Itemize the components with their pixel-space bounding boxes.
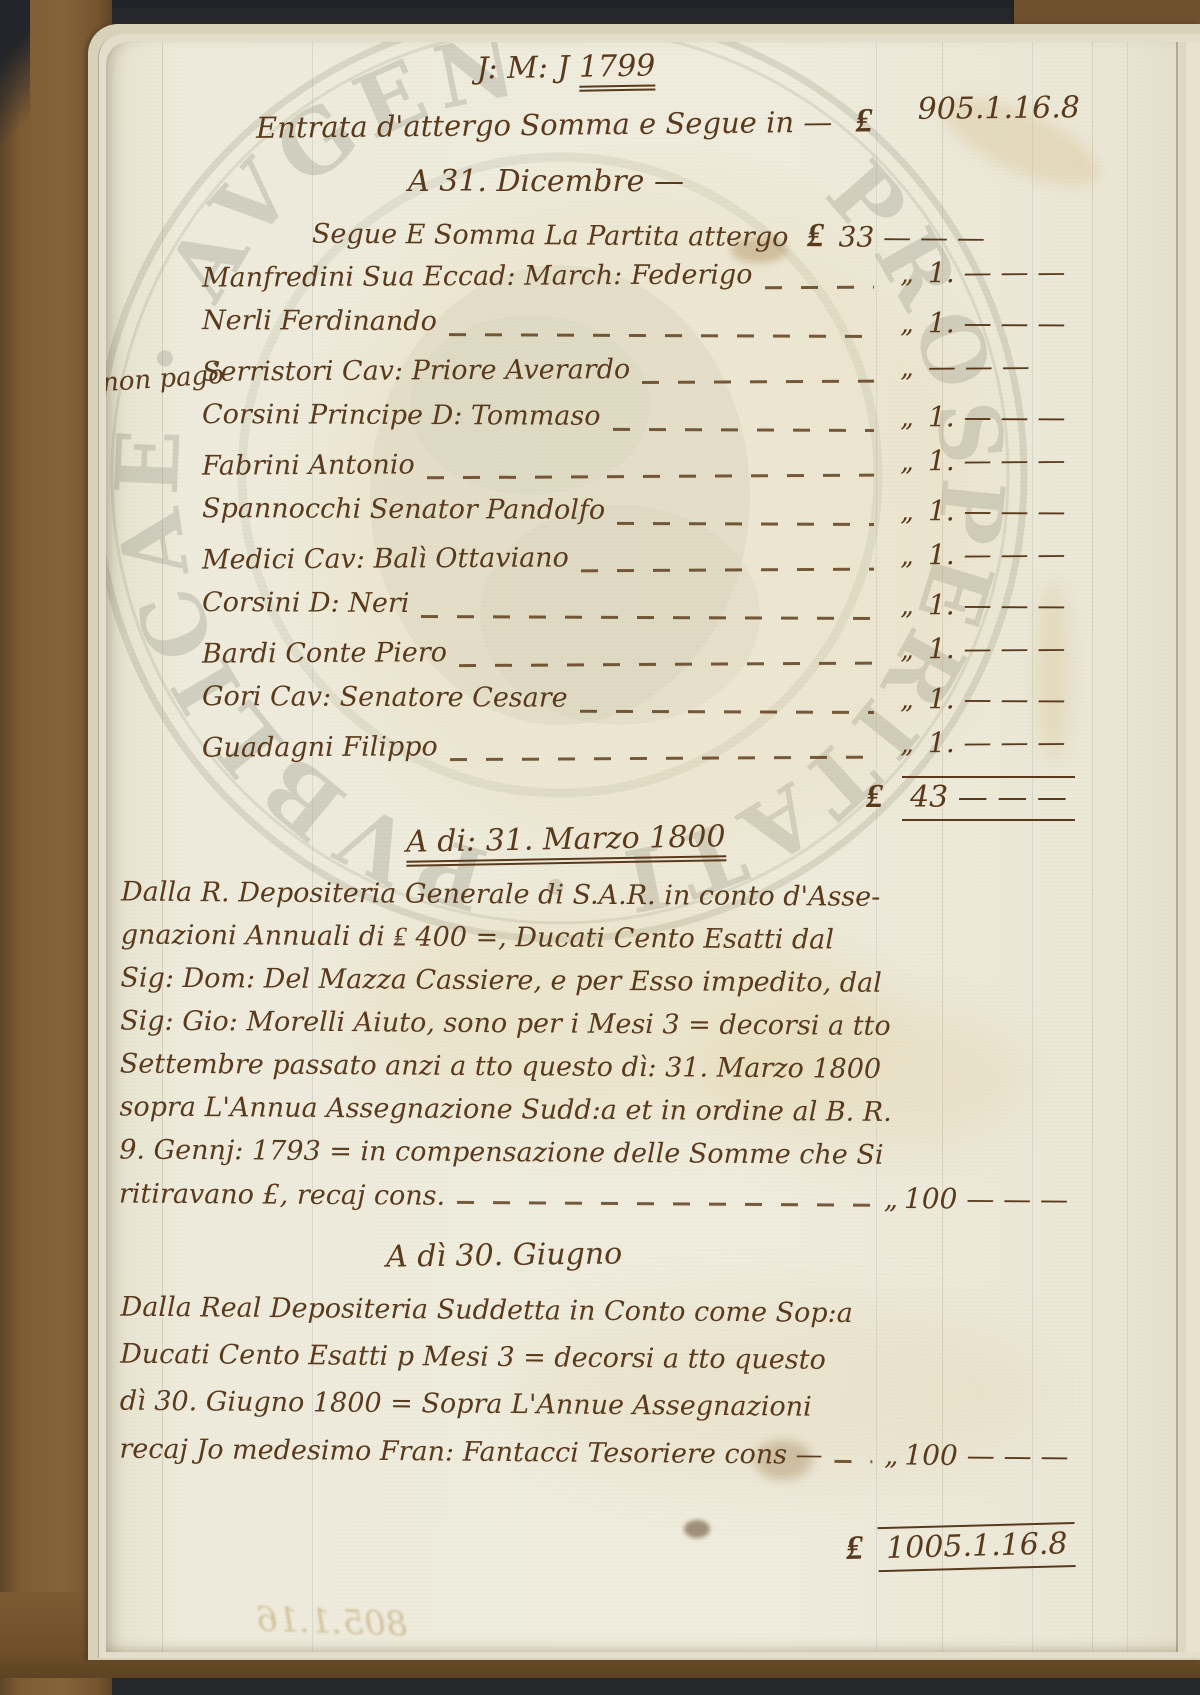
segue-line: Segue E Somma La Partita attergo ₤ 33 — … — [312, 212, 985, 257]
ditto-mark: „ — [886, 353, 928, 383]
segue-amount: 33 — — — — [839, 220, 986, 254]
lira-symbol: ₤ — [855, 100, 872, 140]
march-heading: A di: 31. Marzo 1800 — [406, 819, 726, 860]
ditto-mark: „ — [886, 309, 928, 339]
invocation-line: J: M: J 1799 — [106, 42, 1026, 93]
ink-blot — [684, 1520, 710, 1538]
dash-leader — [421, 615, 874, 620]
row-amount: — — — — [928, 349, 1080, 383]
ledger-row: Serristori Cav: Priore Averardo„— — — — [202, 349, 1080, 401]
dash-leader — [580, 710, 874, 714]
row-amount: 1. — — — — [928, 682, 1080, 716]
ledger-row: Corsini D: Neri„1. — — — — [202, 585, 1080, 636]
entry-line-text: recaj Jo medesimo Fran: Fantacci Tesorie… — [119, 1426, 823, 1479]
ledger-row: Guadagni Filippo„1. — — — — [202, 725, 1080, 777]
lira-symbol: ₤ — [866, 776, 883, 816]
entry-line: Sig: Gio: Morelli Aiuto, sono per i Mesi… — [120, 1000, 1120, 1050]
lira-symbol: ₤ — [807, 215, 824, 255]
ditto-mark: „ — [884, 1432, 898, 1479]
dash-leader — [642, 380, 874, 384]
march-entry: Dalla R. Depositeria Generale di S.A.R. … — [119, 871, 1121, 1222]
grand-total: ₤ 1005.1.16.8 — [846, 1522, 1076, 1568]
ditto-mark: „ — [886, 497, 928, 527]
ledger-row: Manfredini Sua Eccad: March: Federigo„1.… — [202, 255, 1080, 307]
june-amount: 100 — — — — [904, 1431, 1119, 1480]
ditto-mark: „ — [886, 591, 928, 621]
ditto-mark: „ — [886, 635, 928, 665]
entry-line: sopra L'Annua Assegnazione Sudd:a et in … — [119, 1086, 1119, 1136]
entry-line-text: ritiravano £, recaj cons. — [119, 1173, 446, 1218]
ledger-row: Corsini Principe D: Tommaso„1. — — — — [202, 397, 1080, 448]
show-through-ghost-text: 805.1.16 — [255, 1599, 408, 1644]
ledger-row: Gori Cav: Senatore Cesare„1. — — — — [202, 679, 1080, 730]
dash-leader — [612, 428, 873, 432]
june-entry: Dalla Real Depositeria Suddetta in Conto… — [119, 1284, 1121, 1481]
december-total: ₤ 43 — — — — [866, 776, 1075, 816]
column-rule — [1127, 42, 1128, 1652]
dash-leader — [459, 662, 874, 668]
manuscript-page: PROSPERITATI · PVBLICAE · AVGENDAE · PRO… — [106, 42, 1200, 1652]
row-amount: 1. — — — — [928, 494, 1080, 528]
row-amount: 1. — — — — [928, 725, 1080, 759]
ditto-mark: „ — [886, 447, 928, 477]
june-heading: A dì 30. Giugno — [386, 1236, 623, 1274]
entry-line-with-amount: recaj Jo medesimo Fran: Fantacci Tesorie… — [119, 1425, 1119, 1481]
ledger-row: Nerli Ferdinando„1. — — — — [202, 303, 1080, 354]
ditto-mark: „ — [886, 259, 928, 289]
ledger-row: Medici Cav: Balì Ottaviano„1. — — — — [202, 537, 1080, 589]
entry-line: 9. Gennj: 1793 = in compensazione delle … — [119, 1129, 1119, 1179]
lira-symbol: ₤ — [846, 1528, 864, 1568]
entry-line: Sig: Dom: Del Mazza Cassiere, e per Esso… — [120, 957, 1120, 1007]
payer-name: Corsini Principe D: Tommaso — [202, 399, 601, 432]
carryover-amount: 905.1.16.8 — [917, 90, 1080, 127]
payer-name: Spannocchi Senator Pandolfo — [202, 493, 605, 526]
entry-line: gnazioni Annuali di ₤ 400 =, Ducati Cent… — [121, 914, 1121, 964]
ledger-row: Fabrini Antonio„1. — — — — [202, 443, 1080, 495]
scanned-manuscript: { "header": { "monogram": "J: M: J", "ye… — [0, 0, 1200, 1695]
ditto-mark: „ — [886, 685, 928, 715]
ledger-rows: Manfredini Sua Eccad: March: Federigo„1.… — [202, 258, 1080, 775]
dash-leader — [449, 333, 874, 338]
ditto-mark: „ — [884, 1178, 898, 1221]
entry-line: dì 30. Giugno 1800 = Sopra L'Annue Asseg… — [120, 1378, 1120, 1434]
march-heading-text: A di: 31. Marzo 1800 — [406, 819, 726, 867]
row-amount: 1. — — — — [928, 537, 1080, 571]
segue-text: Segue E Somma La Partita attergo — [312, 219, 789, 253]
payer-name: Corsini D: Neri — [202, 587, 410, 619]
row-amount: 1. — — — — [928, 255, 1080, 289]
dash-leader — [617, 522, 874, 526]
payer-name: Bardi Conte Piero — [202, 637, 447, 669]
page-right-edge — [1176, 42, 1200, 1652]
carryover-line: Entrata d'attergo Somma e Segue in — ₤ 9… — [256, 97, 1180, 147]
row-amount: 1. — — — — [928, 306, 1080, 340]
dash-leader — [427, 474, 874, 480]
payer-name: Fabrini Antonio — [202, 449, 415, 481]
ditto-mark: „ — [886, 729, 928, 759]
dash-leader — [457, 1201, 872, 1207]
row-amount: 1. — — — — [928, 400, 1080, 434]
dash-leader — [581, 568, 874, 573]
dash-leader — [450, 756, 874, 762]
december-heading: A 31. Dicembre — — [106, 164, 986, 199]
payer-name: Gori Cav: Senatore Cesare — [202, 681, 568, 714]
ditto-mark: „ — [886, 541, 928, 571]
december-total-amount: 43 — — — — [902, 776, 1075, 821]
row-amount: 1. — — — — [928, 631, 1080, 665]
payer-name: Nerli Ferdinando — [202, 305, 437, 337]
march-amount: 100 — — — — [904, 1177, 1119, 1221]
year: 1799 — [579, 48, 656, 91]
payer-name: Medici Cav: Balì Ottaviano — [202, 542, 569, 575]
ledger-row: Spannocchi Senator Pandolfo„1. — — — — [202, 491, 1080, 542]
ditto-mark: „ — [886, 403, 928, 433]
row-amount: 1. — — — — [928, 443, 1080, 477]
entry-line: Settembre passato anzi a tto questo dì: … — [120, 1043, 1120, 1093]
grand-total-amount: 1005.1.16.8 — [878, 1522, 1076, 1572]
payer-name: Manfredini Sua Eccad: March: Federigo — [202, 259, 753, 293]
ledger-row: Bardi Conte Piero„1. — — — — [202, 631, 1080, 683]
monogram: J: M: J — [476, 50, 569, 87]
payer-name: Guadagni Filippo — [202, 731, 438, 763]
payer-name: Serristori Cav: Priore Averardo — [202, 354, 630, 388]
dash-leader — [835, 1460, 873, 1463]
entry-line-with-amount: ritiravano £, recaj cons. „ 100 — — — — [119, 1172, 1119, 1222]
row-amount: 1. — — — — [928, 588, 1080, 622]
dash-leader — [765, 286, 874, 290]
carryover-text: Entrata d'attergo Somma e Segue in — — [256, 105, 833, 145]
entry-line: Dalla R. Depositeria Generale di S.A.R. … — [121, 871, 1121, 921]
